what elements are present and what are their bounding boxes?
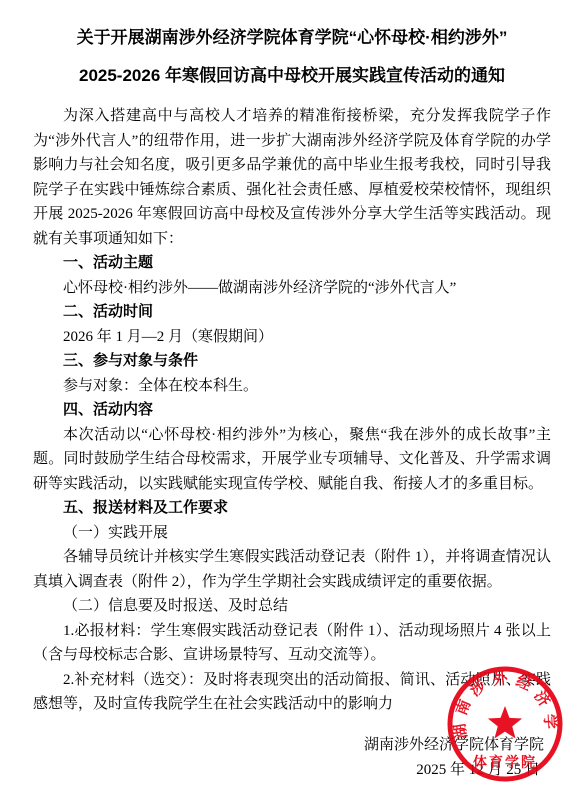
section-4-paragraph: 本次活动以“心怀母校·相约涉外”为核心，聚焦“我在涉外的成长故事”主题。同时鼓励… — [33, 423, 551, 497]
section-5-item-1: 1.必报材料：学生寒假实践活动登记表（附件 1）、活动现场照片 4 张以上（含与… — [33, 619, 551, 668]
notice-title-line2: 2025-2026 年寒假回访高中母校开展实践宣传活动的通知 — [33, 57, 551, 95]
section-2-paragraph: 2026 年 1 月—2 月（寒假期间） — [33, 325, 551, 350]
section-5-sub-2-heading: （二）信息要及时报送、及时总结 — [33, 594, 551, 619]
section-2-heading: 二、活动时间 — [33, 300, 551, 325]
section-1-heading: 一、活动主题 — [33, 251, 551, 276]
section-5-heading: 五、报送材料及工作要求 — [33, 496, 551, 521]
section-5-sub-1-heading: （一）实践开展 — [33, 521, 551, 546]
notice-title-line1: 关于开展湖南涉外经济学院体育学院“心怀母校·相约涉外” — [33, 19, 551, 57]
section-1-paragraph: 心怀母校·相约涉外——做湖南涉外经济学院的“涉外代言人” — [33, 276, 551, 301]
section-3-paragraph: 参与对象：全体在校本科生。 — [33, 374, 551, 399]
signature-block: 湖南涉外经济学院体育学院 2025 年 12 月 25 日 — [364, 733, 544, 783]
section-3-heading: 三、参与对象与条件 — [33, 349, 551, 374]
notice-document: 关于开展湖南涉外经济学院体育学院“心怀母校·相约涉外” 2025-2026 年寒… — [0, 0, 584, 809]
section-5-sub-1-paragraph: 各辅导员统计并核实学生寒假实践活动登记表（附件 1），并将调查情况认真填入调查表… — [33, 545, 551, 594]
signature-date: 2025 年 12 月 25 日 — [364, 758, 544, 783]
section-4-heading: 四、活动内容 — [33, 398, 551, 423]
section-5-item-2: 2.补充材料（选交）：及时将表现突出的活动简报、简讯、活动照片、实践感想等，及时… — [33, 668, 551, 717]
signature-organization: 湖南涉外经济学院体育学院 — [364, 733, 544, 758]
intro-paragraph: 为深入搭建高中与高校人才培养的精准衔接桥梁，充分发挥我院学子作为“涉外代言人”的… — [33, 104, 551, 251]
document-content: 关于开展湖南涉外经济学院体育学院“心怀母校·相约涉外” 2025-2026 年寒… — [0, 0, 584, 717]
